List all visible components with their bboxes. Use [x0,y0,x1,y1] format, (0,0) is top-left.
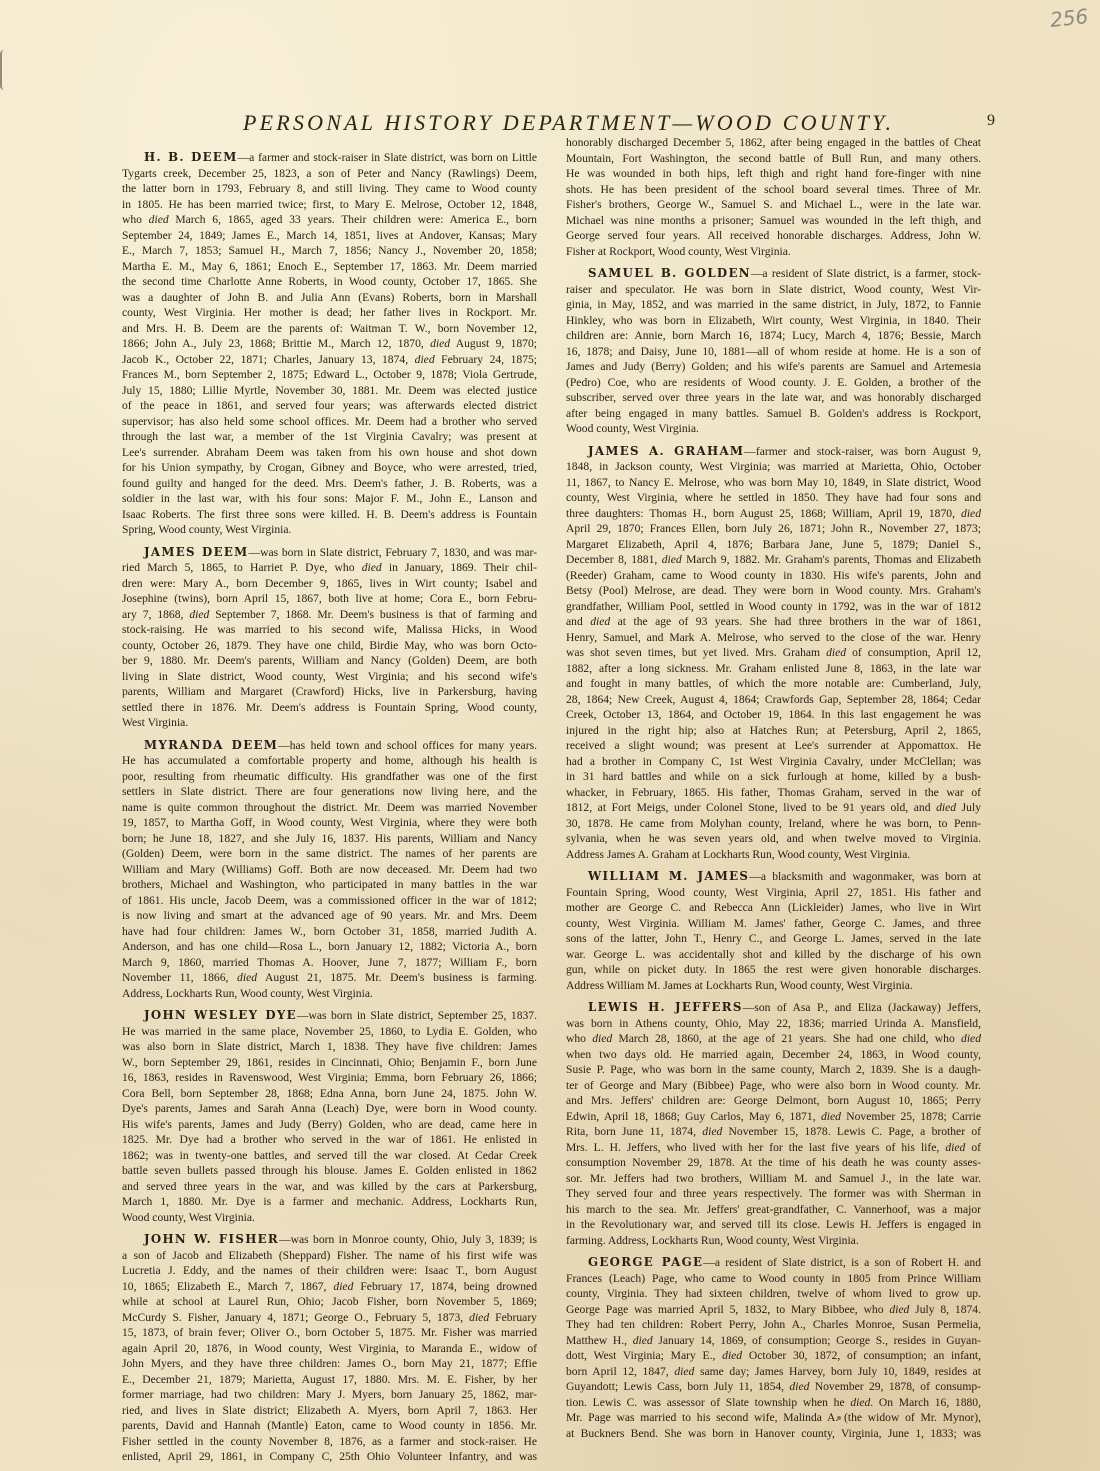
text-line: September 24, 1849; James E., March 14, … [122,228,537,244]
line-text: three daughters: Thomas H., born August … [566,507,981,520]
text-line: Cora Bell, born September 28, 1868; Edna… [122,1086,537,1102]
line-text: Lee's surrender. Abraham Deem was taken … [122,446,537,459]
line-text: and Mrs. H. B. Deem are the parents of: … [122,322,537,335]
text-line: who died March 6, 1865, aged 33 years. T… [122,212,537,228]
text-line: dott, West Virginia; Mary E., died Octob… [566,1348,981,1364]
line-text: and died at the age of 93 years. She had… [566,615,981,628]
line-text: —a farmer and stock-raiser in Slate dist… [238,151,537,164]
line-text: September 24, 1849; James E., March 14, … [122,229,537,242]
line-text: Martha E. M., May 6, 1861; Enoch E., Sep… [122,260,537,273]
text-line: was born in Athens county, Ohio, May 22,… [566,1016,981,1032]
text-line: his march to the sea. Mr. Jeffers' great… [566,1202,981,1218]
line-text: George Page was married April 5, 1832, t… [566,1303,981,1316]
text-line: shots. He has been president of the scho… [566,182,981,198]
text-line: Jacob K., October 22, 1871; Charles, Jan… [122,352,537,368]
text-line: MYRANDA DEEM—has held town and school of… [122,738,537,754]
text-line: December 8, 1881, died March 9, 1882. Mr… [566,552,981,568]
line-text: 19, 1857, to Martha Goff, in Wood county… [122,816,537,829]
text-line: Michael was nine months a prisoner; Samu… [566,213,981,229]
text-line: grandfather, William Pool, settled in Wo… [566,599,981,615]
line-text: March 1, 1880. Mr. Dye is a farmer and m… [122,1195,537,1208]
text-line: living in Slate district, Wood county, W… [122,669,537,685]
text-line: E., December 21, 1879; Marietta, August … [122,1372,537,1388]
line-text: Spring, Wood county, West Virginia. [122,523,291,536]
text-line: Lee's surrender. Abraham Deem was taken … [122,445,537,461]
line-text: consumption November 29, 1878. At the ti… [566,1156,981,1169]
line-text: poor, resulting from rheumatic difficult… [122,770,537,783]
text-line: dren were: Mary A., born December 9, 186… [122,576,537,592]
text-line: parents, David and Hannah (Mantle) Eaton… [122,1418,537,1434]
line-text: found guilty and hanged for the deed. Mr… [122,477,537,490]
line-text: —a resident of Slate district, is a son … [703,1256,981,1269]
text-line: a son of Jacob and Elizabeth (Sheppard) … [122,1248,537,1264]
line-text: 1862; was in twenty-one battles, and ser… [122,1149,537,1162]
line-text: grandfather, William Pool, settled in Wo… [566,600,981,613]
text-line: 11, 1867, to Nancy E. Melrose, who was b… [566,475,981,491]
biography-entry: MYRANDA DEEM—has held town and school of… [122,738,537,1002]
text-line: William and Mary (Williams) Goff. Both a… [122,862,537,878]
line-text: —was born in Monroe county, Ohio, July 3… [279,1233,537,1246]
text-line: Wood county, West Virginia. [566,421,981,437]
text-line: H. B. DEEM—a farmer and stock-raiser in … [122,150,537,166]
line-text: 1848, in Jackson county, West Virginia; … [566,460,981,473]
text-line: 30, 1878. He came from Molyhan county, I… [566,816,981,832]
running-head-title: PERSONAL HISTORY DEPARTMENT—WOOD COUNTY. [243,110,894,136]
text-line: name is quite common throughout the dist… [122,800,537,816]
text-line: 1812, at Fort Meigs, under Colonel Stone… [566,800,981,816]
line-text: Mrs. L. H. Jeffers, who lived with her f… [566,1141,981,1154]
line-text: name is quite common throughout the dist… [122,801,537,814]
text-line: stock-raising. He was married to his sec… [122,622,537,638]
text-line: (Reeder) Graham, came to Wood county in … [566,568,981,584]
text-line: LEWIS H. JEFFERS—son of Asa P., and Eliz… [566,1000,981,1016]
text-line: Fountain Spring, Wood county, West Virgi… [566,885,981,901]
text-line: is now living and smart at the advanced … [122,908,537,924]
text-line: in the Revolutionary war, and served til… [566,1217,981,1233]
line-text: through the last war, a member of the 1s… [122,430,537,443]
text-line: children are: Annie, born March 16, 1874… [566,328,981,344]
line-text: Josephine (twins), born April 15, 1867, … [122,592,537,605]
text-line: ber 9, 1880. Mr. Deem's parents, William… [122,653,537,669]
text-line: Fisher settled in the county November 8,… [122,1434,537,1450]
line-text: Fisher's brothers, George W., Samuel S. … [566,198,981,211]
text-line: mother are George C. and Rebecca Ann (Li… [566,900,981,916]
line-text: —farmer and stock-raiser, was born Augus… [744,445,981,458]
text-line: consumption November 29, 1878. At the ti… [566,1155,981,1171]
line-text: Henry, Samuel, and Mark A. Melrose, who … [566,631,981,644]
text-line: have had four children: James W., born O… [122,924,537,940]
text-line: He has accumulated a comfortable propert… [122,753,537,769]
line-text: was born in Athens county, Ohio, May 22,… [566,1017,981,1030]
line-text: Betsy (Pool) Melrose, are dead. They wer… [566,584,981,597]
text-line: in 1805. He has been married twice; firs… [122,197,537,213]
biography-name: WILLIAM M. JAMES [588,869,749,883]
line-text: April 29, 1870; Frances Ellen, born July… [566,522,981,535]
line-text: stock-raising. He was married to his sec… [122,623,537,636]
line-text: 10, 1865; Elizabeth E., March 7, 1867, d… [122,1280,537,1293]
line-text: Matthew H., died January 14, 1869, of co… [566,1334,981,1347]
text-line: raiser and speculator. He was born in Sl… [566,282,981,298]
line-text: He was wounded in both hips, left thigh … [566,167,981,180]
biography-entry: WILLIAM M. JAMES—a blacksmith and wagonm… [566,869,981,993]
line-text: —has held town and school offices for ma… [278,739,537,752]
text-line: sons of the latter, John T., Henry C., a… [566,931,981,947]
text-line: 16, 1863, resides in Ravenswood, West Vi… [122,1070,537,1086]
line-text: His wife's parents, James and Judy (Berr… [122,1118,537,1131]
line-text: county, West Virginia. Her mother is dea… [122,306,537,319]
line-text: They had ten children: Robert Perry, Joh… [566,1318,981,1331]
line-text: ginia, in May, 1852, and was married in … [566,298,981,311]
line-text: John Myers, and they have three children… [122,1357,537,1370]
text-line: ary 7, 1868, died September 7, 1868. Mr.… [122,607,537,623]
text-line: three daughters: Thomas H., born August … [566,506,981,522]
text-line: 1848, in Jackson county, West Virginia; … [566,459,981,475]
line-text: when two days old. He married again, Dec… [566,1048,981,1061]
line-text: W., born September 29, 1861, resides in … [122,1056,537,1069]
line-text: in 31 hard battles and while on a sick f… [566,770,981,783]
text-line: He was wounded in both hips, left thigh … [566,166,981,182]
text-line: subscriber, served over three years in t… [566,390,981,406]
text-line: while at school at Laurel Run, Ohio; Jac… [122,1294,537,1310]
line-text: Fountain Spring, Wood county, West Virgi… [566,886,981,899]
line-text: Margaret Elizabeth, April 4, 1876; Barba… [566,538,981,551]
text-line: John Myers, and they have three children… [122,1356,537,1372]
text-line: county, West Virginia. Her mother is dea… [122,305,537,321]
pencil-page-annotation: 256 [1049,4,1089,32]
text-line: of 1861. His uncle, Jacob Deem, was a co… [122,893,537,909]
line-text: county, West Virginia. William M. James'… [566,917,981,930]
line-text: county, October 26, 1879. They have one … [122,639,537,652]
line-text: (Reeder) Graham, came to Wood county in … [566,569,981,582]
text-line: Edwin, April 18, 1868; Guy Carlos, May 6… [566,1109,981,1125]
line-text: was shot seven times, but yet lived. Mrs… [566,646,981,659]
text-line: Fisher at Rockport, Wood county, West Vi… [566,244,981,260]
text-line: Spring, Wood county, West Virginia. [122,522,537,538]
line-text: county, West Virginia, where he settled … [566,491,981,504]
line-text: Creek, October 13, 1864, and October 19,… [566,708,981,721]
page-number: 9 [987,112,995,130]
text-line: county, October 26, 1879. They have one … [122,638,537,654]
biography-entry: LEWIS H. JEFFERS—son of Asa P., and Eliz… [566,1000,981,1248]
text-line: had a brother in Company C, 1st West Vir… [566,754,981,770]
text-line: and served three years in the war, and w… [122,1179,537,1195]
line-text: West Virginia. [122,716,188,729]
line-text: again April 20, 1876, in Wood county, We… [122,1342,537,1355]
text-line: 1862; was in twenty-one battles, and ser… [122,1148,537,1164]
line-text: tion. Lewis C. was assessor of Slate tow… [566,1396,981,1409]
line-text: his march to the sea. Mr. Jeffers' great… [566,1203,981,1216]
line-text: July 15, 1880; Lillie Myrtle, November 3… [122,384,537,397]
text-line: West Virginia. [122,715,537,731]
biography-name: JAMES DEEM [144,545,249,559]
text-line: in 31 hard battles and while on a sick f… [566,769,981,785]
biography-entry: SAMUEL B. GOLDEN—a resident of Slate dis… [566,266,981,437]
biography-continuation: honorably discharged December 5, 1862, a… [566,135,981,259]
line-text: 1882, after a long sickness. Mr. Graham … [566,662,981,675]
text-line: Creek, October 13, 1864, and October 19,… [566,707,981,723]
line-text: settlers in Slate district. There are fo… [122,785,537,798]
text-line: Martha E. M., May 6, 1861; Enoch E., Sep… [122,259,537,275]
text-line: received a slight wound; was present at … [566,738,981,754]
biography-entry: JOHN W. FISHER—was born in Monroe county… [122,1232,537,1465]
margin-binding-mark [0,50,10,90]
line-text: after being engaged in many battles. Sam… [566,407,981,420]
text-line: war. George L. was accidentally shot and… [566,947,981,963]
text-line: Anderson, and has one child—Rosa L., bor… [122,939,537,955]
text-line: (Golden) Deem, were born in the same dis… [122,846,537,862]
text-line: Rita, born June 11, 1874, died November … [566,1124,981,1140]
line-text: received a slight wound; was present at … [566,739,981,752]
line-text: is now living and smart at the advanced … [122,909,537,922]
text-line: of the peace in 1861, and served four ye… [122,398,537,414]
text-line: for his Union sympathy, by Crogan, Gibne… [122,460,537,476]
line-text: in 1805. He has been married twice; firs… [122,198,537,211]
line-text: children are: Annie, born March 16, 1874… [566,329,981,342]
text-line: Susie P. Page, who was born in the same … [566,1062,981,1078]
line-text: Isaac Roberts. The first three sons were… [122,508,537,521]
line-text: dren were: Mary A., born December 9, 186… [122,577,537,590]
text-line: JAMES A. GRAHAM—farmer and stock-raiser,… [566,444,981,460]
line-text: and Mrs. Jeffers' children are: George D… [566,1094,981,1107]
line-text: parents, David and Hannah (Mantle) Eaton… [122,1419,537,1432]
biography-entry: JAMES A. GRAHAM—farmer and stock-raiser,… [566,444,981,863]
line-text: at Buckners Bend. She was born in Hanove… [566,1427,981,1440]
line-text: 1866; John A., July 23, 1868; Brittie M.… [122,337,537,350]
line-text: Fisher settled in the county November 8,… [122,1435,537,1448]
line-text: injured in the right hip; also at Hatche… [566,724,981,737]
text-line: whacker, in February, 1865. His father, … [566,785,981,801]
line-text: living in Slate district, Wood county, W… [122,670,537,683]
text-line: injured in the right hip; also at Hatche… [566,723,981,739]
line-text: farming. Address, Lockharts Run, Wood co… [566,1234,859,1247]
line-text: war. George L. was accidentally shot and… [566,948,981,961]
biography-entry: GEORGE PAGE—a resident of Slate district… [566,1255,981,1441]
text-line: honorably discharged December 5, 1862, a… [566,135,981,151]
line-text: soldier in the last war, with his four s… [122,492,537,505]
line-text: 1825. Mr. Dye had a brother who served i… [122,1133,537,1146]
line-text: E., March 7, 1853; Samuel H., March 7, 1… [122,244,537,257]
line-text: Anderson, and has one child—Rosa L., bor… [122,940,537,953]
line-text: Address, Lockharts Run, Wood county, Wes… [122,987,373,1000]
line-text: William and Mary (Williams) Goff. Both a… [122,863,537,876]
text-line: battle seven bullets passed through his … [122,1163,537,1179]
text-line: born April 12, 1847, died same day; Jame… [566,1364,981,1380]
text-line: (Pedro) Coe, who are residents of Wood c… [566,375,981,391]
text-line: and fought in many battles, of which the… [566,676,981,692]
left-column: H. B. DEEM—a farmer and stock-raiser in … [122,150,537,1471]
text-line: They had ten children: Robert Perry, Joh… [566,1317,981,1333]
line-text: and served three years in the war, and w… [122,1180,537,1193]
line-text: 1812, at Fort Meigs, under Colonel Stone… [566,801,981,814]
text-line: poor, resulting from rheumatic difficult… [122,769,537,785]
text-line: Mr. Page was married to his second wife,… [566,1410,981,1426]
line-text: 28, 1864; New Creek, August 4, 1864; Cra… [566,693,981,706]
line-text: Address William M. James at Lockharts Ru… [566,979,913,992]
text-line: the second time Charlotte Anne Roberts, … [122,274,537,290]
text-line: March 9, 1860, married Thomas A. Hoover,… [122,955,537,971]
line-text: Hinkley, who was born in Elizabeth, Wirt… [566,314,981,327]
line-text: of the peace in 1861, and served four ye… [122,399,537,412]
line-text: have had four children: James W., born O… [122,925,537,938]
line-text: the latter born in 1793, February 8, and… [122,182,537,195]
text-line: Address William M. James at Lockharts Ru… [566,978,981,994]
line-text: December 8, 1881, died March 9, 1882. Mr… [566,553,981,566]
line-text: ried March 5, 1865, to Harriet P. Dye, w… [122,561,537,574]
text-line: His wife's parents, James and Judy (Berr… [122,1117,537,1133]
text-line: ried, and lives in Slate district; Eliza… [122,1403,537,1419]
text-line: George served four years. All received h… [566,228,981,244]
line-text: parents, William and Margaret (Crawford)… [122,685,537,698]
text-line: Dye's parents, James and Sarah Anna (Lea… [122,1101,537,1117]
biography-name: SAMUEL B. GOLDEN [588,266,751,280]
line-text: —son of Asa P., and Eliza (Jackaway) Jef… [743,1001,981,1014]
text-line: through the last war, a member of the 1s… [122,429,537,445]
line-text: a son of Jacob and Elizabeth (Sheppard) … [122,1249,537,1262]
text-line: JAMES DEEM—was born in Slate district, F… [122,545,537,561]
biography-name: H. B. DEEM [144,150,238,164]
line-text: honorably discharged December 5, 1862, a… [566,136,981,149]
line-text: mother are George C. and Rebecca Ann (Li… [566,901,981,914]
text-line: 10, 1865; Elizabeth E., March 7, 1867, d… [122,1279,537,1295]
line-text: for his Union sympathy, by Crogan, Gibne… [122,461,537,474]
line-text: —a blacksmith and wagonmaker, was born a… [749,870,981,883]
text-line: Hinkley, who was born in Elizabeth, Wirt… [566,313,981,329]
text-line: 1866; John A., July 23, 1868; Brittie M.… [122,336,537,352]
line-text: —was born in Slate district, February 7,… [249,546,537,559]
line-text: E., December 21, 1879; Marietta, August … [122,1373,537,1386]
text-line: April 29, 1870; Frances Ellen, born July… [566,521,981,537]
text-line: Guyandott; Lewis Cass, born July 11, 185… [566,1379,981,1395]
line-text: Wood county, West Virginia. [566,422,699,435]
line-text: settled there in 1876. Mr. Deem's addres… [122,701,537,714]
line-text: —was born in Slate district, September 2… [297,1009,537,1022]
text-line: W., born September 29, 1861, resides in … [122,1055,537,1071]
line-text: (Golden) Deem, were born in the same dis… [122,847,537,860]
line-text: Edwin, April 18, 1868; Guy Carlos, May 6… [566,1110,981,1123]
text-line: settled there in 1876. Mr. Deem's addres… [122,700,537,716]
text-line: born; he June 18, 1827, and she July 16,… [122,831,537,847]
text-line: Margaret Elizabeth, April 4, 1876; Barba… [566,537,981,553]
line-text: supervisor; has also held some school of… [122,415,537,428]
line-text: 11, 1867, to Nancy E. Melrose, who was b… [566,476,981,489]
biography-entry: H. B. DEEM—a farmer and stock-raiser in … [122,150,537,538]
line-text: in the Revolutionary war, and served til… [566,1218,981,1231]
line-text: former marriage, had two children: Mary … [122,1388,537,1401]
line-text: Mountain, Fort Washington, the second ba… [566,152,981,165]
line-text: ber 9, 1880. Mr. Deem's parents, William… [122,654,537,667]
biography-name: JAMES A. GRAHAM [588,444,744,458]
text-line: 28, 1864; New Creek, August 4, 1864; Cra… [566,692,981,708]
text-line: March 1, 1880. Mr. Dye is a farmer and m… [122,1194,537,1210]
printer-mark [837,1416,841,1420]
line-text: McCurdy S. Fisher, January 4, 1871; Geor… [122,1311,537,1324]
text-line: 1825. Mr. Dye had a brother who served i… [122,1132,537,1148]
text-line: gun, while on picket duty. In 1865 the r… [566,962,981,978]
text-line: parents, William and Margaret (Crawford)… [122,684,537,700]
text-line: Betsy (Pool) Melrose, are dead. They wer… [566,583,981,599]
line-text: while at school at Laurel Run, Ohio; Jac… [122,1295,537,1308]
line-text: raiser and speculator. He was born in Sl… [566,283,981,296]
line-text: —a resident of Slate district, is a farm… [751,267,981,280]
text-line: 1882, after a long sickness. Mr. Graham … [566,661,981,677]
line-text: had a brother in Company C, 1st West Vir… [566,755,981,768]
text-line: enlisted, April 29, 1861, in Company C, … [122,1449,537,1465]
line-text: Dye's parents, James and Sarah Anna (Lea… [122,1102,537,1115]
line-text: who died March 6, 1865, aged 33 years. T… [122,213,537,226]
text-line: was a daughter of John B. and Julia Ann … [122,290,537,306]
text-line: Frances (Leach) Page, who came to Wood c… [566,1271,981,1287]
biography-name: MYRANDA DEEM [144,738,278,752]
text-line: SAMUEL B. GOLDEN—a resident of Slate dis… [566,266,981,282]
text-line: the latter born in 1793, February 8, and… [122,181,537,197]
text-line: former marriage, had two children: Mary … [122,1387,537,1403]
text-line: supervisor; has also held some school of… [122,414,537,430]
line-text: ter of George and Mary (Bibbee) Page, wh… [566,1079,981,1092]
text-line: Frances M., born September 2, 1875; Edwa… [122,367,537,383]
line-text: sons of the latter, John T., Henry C., a… [566,932,981,945]
text-line: farming. Address, Lockharts Run, Wood co… [566,1233,981,1249]
text-line: when two days old. He married again, Dec… [566,1047,981,1063]
text-line: James and Judy (Berry) Golden; and his w… [566,359,981,375]
text-line: Tygarts creek, December 25, 1823, a son … [122,166,537,182]
line-text: of 1861. His uncle, Jacob Deem, was a co… [122,894,537,907]
text-line: ginia, in May, 1852, and was married in … [566,297,981,313]
line-text: They served four and three years respect… [566,1187,981,1200]
line-text: who died March 28, 1860, at the age of 2… [566,1032,981,1045]
line-text: shots. He has been president of the scho… [566,183,981,196]
text-line: Address James A. Graham at Lockharts Run… [566,847,981,863]
right-column: honorably discharged December 5, 1862, a… [566,135,981,1448]
line-text: November 11, 1866, died August 21, 1875.… [122,971,537,984]
text-line: GEORGE PAGE—a resident of Slate district… [566,1255,981,1271]
line-text: Lucretia J. Eddy, and the names of their… [122,1264,537,1277]
text-line: July 15, 1880; Lillie Myrtle, November 3… [122,383,537,399]
line-text: and fought in many battles, of which the… [566,677,981,690]
text-line: county, Virginia. They had sixteen child… [566,1286,981,1302]
text-line: Mountain, Fort Washington, the second ba… [566,151,981,167]
line-text: whacker, in February, 1865. His father, … [566,786,981,799]
line-text: enlisted, April 29, 1861, in Company C, … [122,1450,537,1463]
line-text: Cora Bell, born September 28, 1868; Edna… [122,1087,537,1100]
line-text: gun, while on picket duty. In 1865 the r… [566,963,981,976]
text-line: and Mrs. Jeffers' children are: George D… [566,1093,981,1109]
line-text: Fisher at Rockport, Wood county, West Vi… [566,245,791,258]
biography-name: JOHN WESLEY DYE [144,1008,297,1022]
text-line: again April 20, 1876, in Wood county, We… [122,1341,537,1357]
line-text: (Pedro) Coe, who are residents of Wood c… [566,376,981,389]
biography-name: GEORGE PAGE [588,1255,703,1269]
text-line: 15, 1873, of brain fever; Oliver O., bor… [122,1325,537,1341]
text-line: sylvania, when he was seven years old, a… [566,831,981,847]
text-line: E., March 7, 1853; Samuel H., March 7, 1… [122,243,537,259]
line-text: born; he June 18, 1827, and she July 16,… [122,832,537,845]
text-line: Address, Lockharts Run, Wood county, Wes… [122,986,537,1002]
text-line: Isaac Roberts. The first three sons were… [122,507,537,523]
text-line: was shot seven times, but yet lived. Mrs… [566,645,981,661]
line-text: 15, 1873, of brain fever; Oliver O., bor… [122,1326,537,1339]
line-text: Susie P. Page, who was born in the same … [566,1063,981,1076]
line-text: Michael was nine months a prisoner; Samu… [566,214,981,227]
text-line: was also born in Slate district, March 1… [122,1039,537,1055]
line-text: Mr. Page was married to his second wife,… [566,1411,981,1424]
line-text: was also born in Slate district, March 1… [122,1040,537,1053]
text-line: and Mrs. H. B. Deem are the parents of: … [122,321,537,337]
text-line: Lucretia J. Eddy, and the names of their… [122,1263,537,1279]
text-line: settlers in Slate district. There are fo… [122,784,537,800]
line-text: the second time Charlotte Anne Roberts, … [122,275,537,288]
text-line: brothers, Michael and Washington, who pa… [122,877,537,893]
text-line: They served four and three years respect… [566,1186,981,1202]
